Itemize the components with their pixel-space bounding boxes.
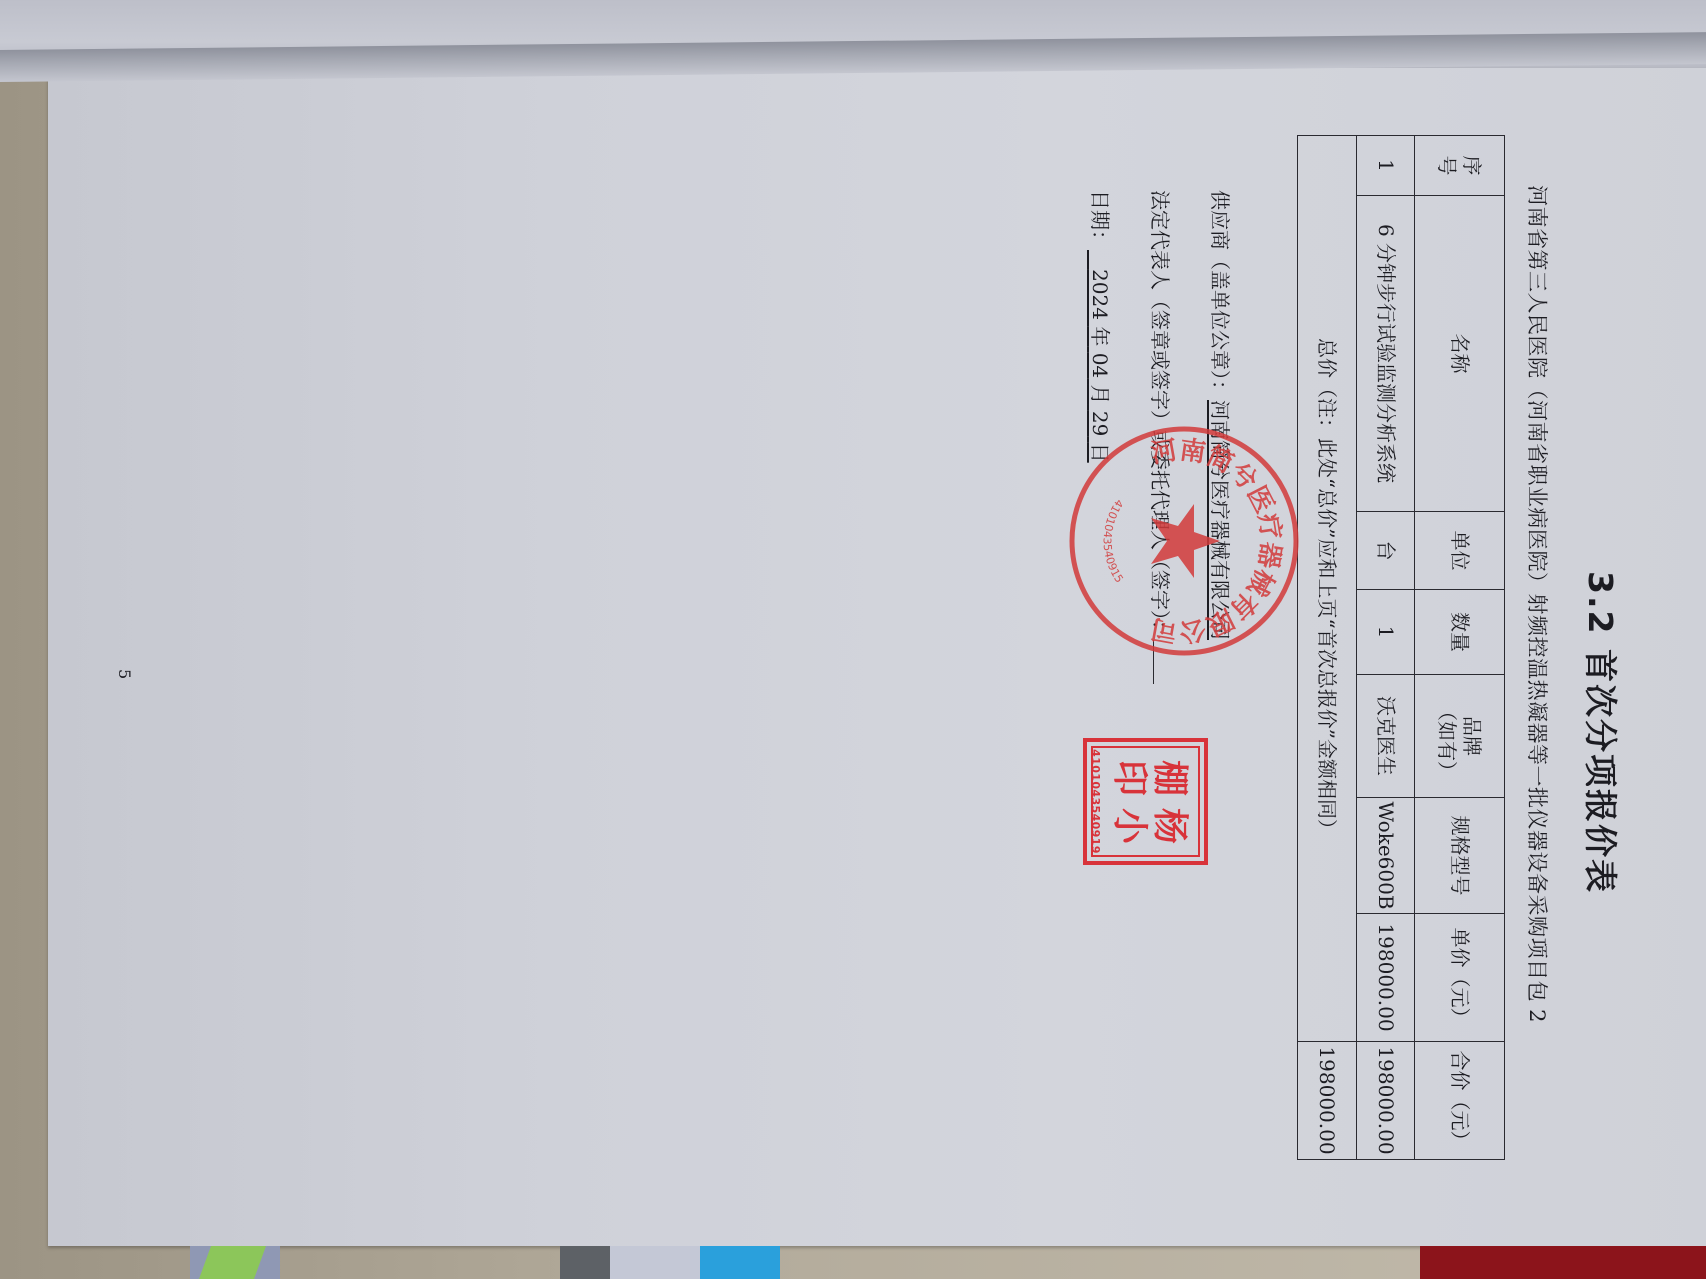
date-month-unit: 月 [1088, 385, 1112, 405]
cell-total-price: 198000.00 [1357, 1042, 1415, 1160]
total-label: 总价（注：此处“总价”应和上页“首次总报价”金额相同） [1298, 136, 1357, 1042]
cell-unit: 台 [1357, 512, 1415, 590]
cell-model: Woke600B [1357, 798, 1415, 914]
cell-unit-price: 198000.00 [1357, 914, 1415, 1042]
header-quantity: 数量 [1415, 590, 1505, 675]
cell-name: 6 分钟步行试验监测分析系统 [1357, 196, 1415, 512]
header-index: 序号 [1415, 136, 1505, 196]
date-label: 日期： [1088, 190, 1112, 250]
header-label: 品牌（如有） [1435, 701, 1485, 771]
seal-number: 4101043540919 [1089, 748, 1102, 855]
project-subtitle: 河南省第三人民医院（河南省职业病医院）射频控温热凝器等一批仪器设备采购项目包 2 [1523, 185, 1553, 1023]
seal-char: 印 [1107, 760, 1158, 796]
date-year: 2024 [1088, 269, 1112, 320]
date-line: 日期： 2024 年 04 月 29 日 [1087, 190, 1116, 463]
seal-number-text: 4101043540915 [1101, 497, 1126, 586]
cell-brand: 沃克医生 [1357, 675, 1415, 798]
company-seal-stamp: 河南简兮医疗器械有限公司 4101043540915 [1066, 423, 1302, 659]
date-month: 04 [1088, 353, 1112, 378]
header-total-price: 合价（元） [1415, 1042, 1505, 1160]
table-row: 1 6 分钟步行试验监测分析系统 台 1 沃克医生 Woke600B 19800… [1357, 136, 1415, 1160]
header-unit: 单位 [1415, 512, 1505, 590]
personal-seal-stamp: 杨 小 棚 印 4101043540919 [1083, 738, 1208, 865]
cell-quantity: 1 [1357, 590, 1415, 675]
document-content: 3.2 首次分项报价表 河南省第三人民医院（河南省职业病医院）射频控温热凝器等一… [0, 0, 1706, 1279]
quotation-table: 序号 名称 单位 数量 品牌（如有） 规格型号 单价（元） 合价（元） 1 6 … [1297, 135, 1505, 1160]
table-header-row: 序号 名称 单位 数量 品牌（如有） 规格型号 单价（元） 合价（元） [1415, 136, 1505, 1160]
header-model: 规格型号 [1415, 798, 1505, 914]
header-name: 名称 [1415, 196, 1505, 512]
date-year-unit: 年 [1088, 326, 1112, 346]
cell-index: 1 [1357, 136, 1415, 196]
page-number: 5 [115, 669, 134, 679]
header-brand: 品牌（如有） [1415, 675, 1505, 798]
supplier-label: 供应商（盖单位公章）： [1208, 190, 1232, 400]
total-value: 198000.00 [1298, 1042, 1357, 1160]
page-title: 3.2 首次分项报价表 [1579, 571, 1626, 843]
star-icon [1151, 504, 1220, 578]
header-unit-price: 单价（元） [1415, 914, 1505, 1042]
header-label: 序号 [1435, 154, 1485, 178]
seal-char: 小 [1107, 808, 1158, 844]
table-total-row: 总价（注：此处“总价”应和上页“首次总报价”金额相同） 198000.00 [1298, 136, 1357, 1160]
